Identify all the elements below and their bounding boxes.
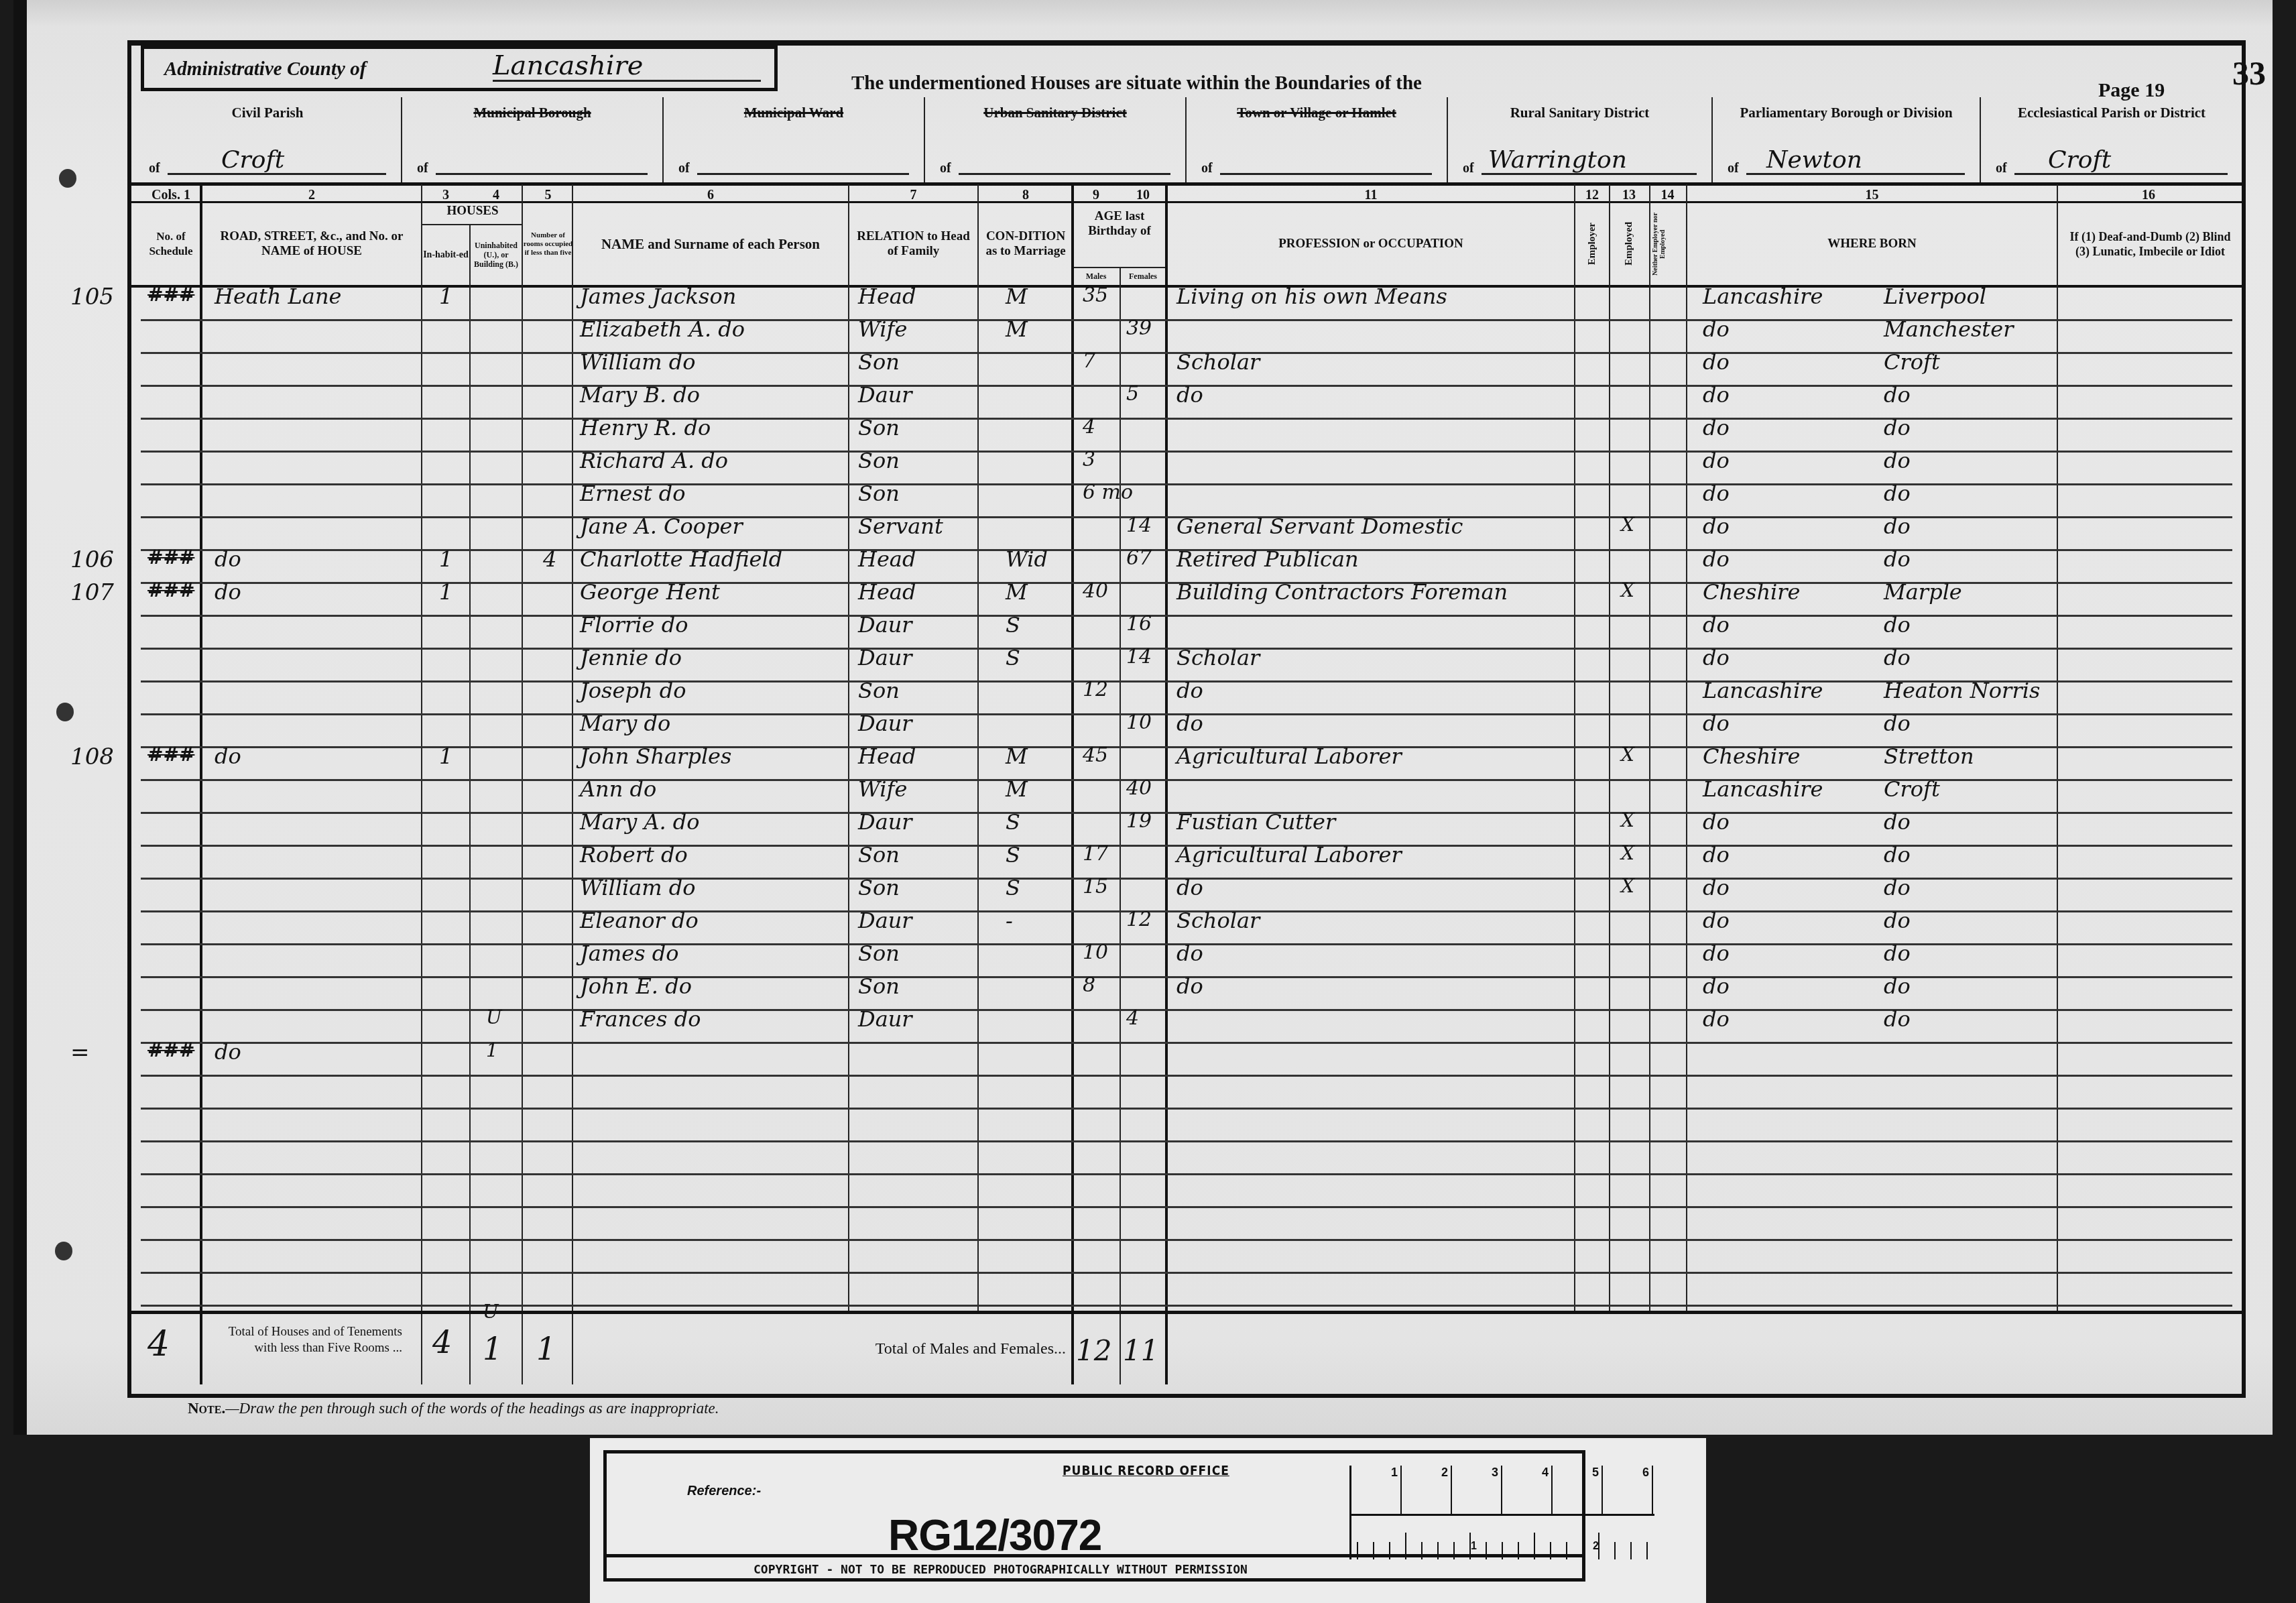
relation: Son bbox=[858, 349, 900, 381]
relation: Daur bbox=[858, 908, 912, 940]
totals-schedules: 4 bbox=[147, 1324, 170, 1356]
row-rule bbox=[141, 1108, 2232, 1110]
col-divider bbox=[522, 184, 523, 1384]
colnum-13: 13 bbox=[1609, 188, 1649, 202]
occupation: General Servant Domestic bbox=[1176, 514, 1463, 546]
birth-place: do bbox=[1884, 908, 1911, 940]
birth-county: do bbox=[1703, 382, 1730, 414]
header-rule bbox=[127, 182, 2246, 186]
birth-county: do bbox=[1703, 973, 1730, 1006]
colhead-houses: HOUSES bbox=[422, 204, 523, 224]
relation: Daur bbox=[858, 809, 912, 841]
schedule-mark: ### bbox=[147, 546, 194, 579]
person-name: Joseph do bbox=[580, 678, 686, 710]
occupation: do bbox=[1176, 875, 1203, 907]
birth-place: do bbox=[1884, 612, 1911, 644]
colhead-females: Females bbox=[1120, 268, 1166, 284]
measurement-scale: 1 2 3 4 5 6 1 2 bbox=[1349, 1466, 1654, 1559]
occupation: Scholar bbox=[1176, 645, 1260, 677]
row-rule bbox=[141, 1009, 2232, 1011]
person-name: William do bbox=[580, 875, 696, 907]
female-age: 67 bbox=[1126, 546, 1152, 579]
occupation: Scholar bbox=[1176, 349, 1260, 381]
reference-number: RG12/3072 bbox=[888, 1510, 1101, 1560]
birth-place: do bbox=[1884, 382, 1911, 414]
inhabited-count: 1 bbox=[439, 546, 452, 579]
female-age: 10 bbox=[1126, 711, 1152, 743]
colhead-relation: RELATION to Head of Family bbox=[851, 204, 975, 284]
birth-place: do bbox=[1884, 711, 1911, 743]
male-age: 4 bbox=[1083, 415, 1095, 447]
schedule-mark: ### bbox=[147, 744, 194, 776]
birth-county: do bbox=[1703, 711, 1730, 743]
colhead-neither: Neither Employer nor Employed bbox=[1649, 204, 1686, 284]
male-age: 7 bbox=[1083, 349, 1095, 381]
col-divider bbox=[469, 224, 471, 1384]
row-rule bbox=[141, 1305, 2232, 1307]
colhead-road: ROAD, STREET, &c., and No. or NAME of HO… bbox=[204, 204, 419, 284]
totals-uninhabited: 1 bbox=[483, 1331, 502, 1363]
colnum-10: 10 bbox=[1120, 188, 1166, 202]
birth-place: Liverpool bbox=[1884, 284, 1986, 316]
birth-county: do bbox=[1703, 645, 1730, 677]
row-rule bbox=[141, 1140, 2232, 1142]
birth-place: do bbox=[1884, 448, 1911, 480]
census-sheet: Administrative County of Lancashire The … bbox=[13, 0, 2273, 1435]
colnum-8: 8 bbox=[979, 188, 1073, 202]
colnum-6: 6 bbox=[573, 188, 848, 202]
relation: Head bbox=[858, 744, 916, 776]
colnum-9: 9 bbox=[1073, 188, 1120, 202]
relation: Son bbox=[858, 941, 900, 973]
totals-inhabited: 4 bbox=[432, 1324, 452, 1356]
female-age: 39 bbox=[1126, 316, 1152, 349]
colhead-infirmity: If (1) Deaf-and-Dumb (2) Blind (3) Lunat… bbox=[2061, 204, 2239, 284]
occupation: Agricultural Laborer bbox=[1176, 842, 1402, 874]
row-rule bbox=[141, 418, 2232, 420]
birth-place: do bbox=[1884, 645, 1911, 677]
reference-label: Reference:- bbox=[687, 1484, 761, 1499]
person-name: Ernest do bbox=[580, 481, 685, 513]
employed-mark: X bbox=[1621, 514, 1634, 546]
scan-edge bbox=[13, 0, 27, 1435]
colhead-males: Males bbox=[1073, 268, 1120, 284]
marital-condition: M bbox=[1006, 776, 1028, 809]
uninhabited-mark: 1 bbox=[486, 1039, 498, 1071]
female-age: 12 bbox=[1126, 908, 1152, 940]
inhabited-count: 1 bbox=[439, 579, 452, 611]
person-name: Richard A. do bbox=[580, 448, 728, 480]
colhead-employed: Employed bbox=[1609, 204, 1649, 284]
employed-mark: X bbox=[1621, 579, 1634, 611]
male-age: 17 bbox=[1083, 842, 1108, 874]
colhead-rooms: Number of rooms occupied if less than fi… bbox=[523, 204, 573, 284]
marital-condition: S bbox=[1006, 612, 1020, 644]
person-name: Mary B. do bbox=[580, 382, 700, 414]
row-rule bbox=[141, 1239, 2232, 1241]
birth-county: Lancashire bbox=[1703, 284, 1823, 316]
marital-condition: S bbox=[1006, 645, 1020, 677]
birth-county: do bbox=[1703, 908, 1730, 940]
birth-county: Lancashire bbox=[1703, 678, 1823, 710]
footnote: Note.—Draw the pen through such of the w… bbox=[188, 1400, 719, 1417]
birth-place: Marple bbox=[1884, 579, 1962, 611]
birth-place: do bbox=[1884, 546, 1911, 579]
colhead-name: NAME and Surname of each Person bbox=[590, 204, 831, 284]
boundaries-heading: The undermentioned Houses are situate wi… bbox=[851, 72, 1422, 95]
inhabited-count: 1 bbox=[439, 744, 452, 776]
district-rural-sanitary: Rural Sanitary District of Warrington bbox=[1448, 97, 1713, 184]
male-age: 45 bbox=[1083, 744, 1108, 776]
occupation: Living on his own Means bbox=[1176, 284, 1447, 316]
row-rule bbox=[141, 1272, 2232, 1274]
colhead-age: AGE last Birthday of bbox=[1073, 204, 1166, 257]
col-divider bbox=[1071, 184, 1074, 1384]
female-age: 4 bbox=[1126, 1006, 1139, 1038]
female-age: 40 bbox=[1126, 776, 1152, 809]
colnum-12: 12 bbox=[1575, 188, 1609, 202]
male-age: 15 bbox=[1083, 875, 1108, 907]
totals-rooms: 1 bbox=[536, 1331, 556, 1363]
road-name: do bbox=[215, 744, 241, 776]
totals-persons-label: Total of Males and Females... bbox=[751, 1341, 1066, 1357]
birth-county: Cheshire bbox=[1703, 744, 1801, 776]
col-divider bbox=[572, 184, 573, 1384]
person-name: Jane A. Cooper bbox=[580, 514, 743, 546]
relation: Son bbox=[858, 448, 900, 480]
road-name: do bbox=[215, 546, 241, 579]
birth-place: Stretton bbox=[1884, 744, 1974, 776]
birth-county: do bbox=[1703, 316, 1730, 349]
colnum-11: 11 bbox=[1166, 188, 1575, 202]
person-name: Florrie do bbox=[580, 612, 688, 644]
county-box: Administrative County of Lancashire bbox=[141, 46, 778, 91]
employed-mark: X bbox=[1621, 809, 1634, 841]
schedule-number-margin: = bbox=[70, 1039, 90, 1071]
person-name: Jennie do bbox=[580, 645, 682, 677]
relation: Daur bbox=[858, 382, 912, 414]
colhead-where-born: WHERE BORN bbox=[1686, 204, 2058, 284]
county-label: Administrative County of bbox=[164, 58, 366, 80]
person-name: George Hent bbox=[580, 579, 720, 611]
relation: Wife bbox=[858, 316, 907, 349]
row-rule bbox=[141, 1206, 2232, 1208]
colhead-schedule: No. of Schedule bbox=[141, 204, 201, 284]
copyright-notice: COPYRIGHT - NOT TO BE REPRODUCED PHOTOGR… bbox=[607, 1554, 1582, 1584]
folio-number: 33 bbox=[2232, 54, 2266, 93]
colnum-2: 2 bbox=[201, 188, 422, 202]
relation: Daur bbox=[858, 1006, 912, 1038]
birth-place: Manchester bbox=[1884, 316, 2013, 349]
relation: Son bbox=[858, 481, 900, 513]
reference-card: PUBLIC RECORD OFFICE Reference:- RG12/30… bbox=[590, 1438, 1706, 1603]
relation: Head bbox=[858, 579, 916, 611]
schedule-number-margin: 108 bbox=[70, 744, 114, 776]
public-record-office: PUBLIC RECORD OFFICE bbox=[1063, 1464, 1229, 1478]
relation: Son bbox=[858, 875, 900, 907]
col-divider bbox=[1120, 267, 1121, 1384]
female-age: 14 bbox=[1126, 514, 1152, 546]
colnum-3: 3 bbox=[422, 188, 469, 202]
birth-county: do bbox=[1703, 809, 1730, 841]
female-age: 5 bbox=[1126, 382, 1139, 414]
row-rule bbox=[141, 451, 2232, 453]
female-age: 16 bbox=[1126, 612, 1152, 644]
person-name: Frances do bbox=[580, 1006, 701, 1038]
occupation: do bbox=[1176, 382, 1203, 414]
relation: Son bbox=[858, 415, 900, 447]
birth-place: do bbox=[1884, 481, 1911, 513]
houses-rule bbox=[422, 224, 523, 225]
birth-place: Croft bbox=[1884, 776, 1940, 809]
row-rule bbox=[141, 1173, 2232, 1175]
birth-county: do bbox=[1703, 349, 1730, 381]
birth-county: do bbox=[1703, 842, 1730, 874]
road-name: Heath Lane bbox=[215, 284, 341, 316]
relation: Daur bbox=[858, 645, 912, 677]
birth-place: do bbox=[1884, 842, 1911, 874]
marital-condition: - bbox=[1006, 908, 1013, 940]
marital-condition: M bbox=[1006, 284, 1028, 316]
person-name: Henry R. do bbox=[580, 415, 711, 447]
birth-county: do bbox=[1703, 612, 1730, 644]
punch-hole bbox=[55, 1242, 72, 1260]
colnum-15: 15 bbox=[1686, 188, 2058, 202]
birth-place: do bbox=[1884, 514, 1911, 546]
relation: Son bbox=[858, 842, 900, 874]
relation: Daur bbox=[858, 612, 912, 644]
colhead-occupation: PROFESSION or OCCUPATION bbox=[1166, 204, 1575, 284]
inhabited-count: 1 bbox=[439, 284, 452, 316]
person-name: James Jackson bbox=[580, 284, 736, 316]
schedule-number-margin: 105 bbox=[70, 284, 114, 316]
rooms-count: 4 bbox=[543, 546, 556, 579]
occupation: do bbox=[1176, 941, 1203, 973]
person-name: Mary do bbox=[580, 711, 670, 743]
birth-county: do bbox=[1703, 481, 1730, 513]
col-divider bbox=[421, 184, 422, 1384]
district-town-village: Town or Village or Hamlet of bbox=[1187, 97, 1448, 184]
district-urban-sanitary: Urban Sanitary District of bbox=[925, 97, 1187, 184]
birth-place: do bbox=[1884, 1006, 1911, 1038]
person-name: Elizabeth A. do bbox=[580, 316, 745, 349]
marital-condition: S bbox=[1006, 809, 1020, 841]
marital-condition: M bbox=[1006, 316, 1028, 349]
birth-county: Cheshire bbox=[1703, 579, 1801, 611]
employed-mark: X bbox=[1621, 875, 1634, 907]
road-name: do bbox=[215, 1039, 241, 1071]
relation: Wife bbox=[858, 776, 907, 809]
marital-condition: S bbox=[1006, 875, 1020, 907]
person-name: Mary A. do bbox=[580, 809, 700, 841]
district-parliamentary: Parliamentary Borough or Division of New… bbox=[1713, 97, 1981, 184]
colnum-14: 14 bbox=[1649, 188, 1686, 202]
person-name: James do bbox=[580, 941, 679, 973]
totals-rule bbox=[127, 1311, 2246, 1314]
colhead-condition: CON-DITION as to Marriage bbox=[982, 204, 1069, 284]
schedule-mark: ### bbox=[147, 1039, 194, 1071]
employed-mark: X bbox=[1621, 842, 1634, 874]
row-rule bbox=[141, 1042, 2232, 1044]
birth-county: do bbox=[1703, 875, 1730, 907]
person-name: Eleanor do bbox=[580, 908, 699, 940]
relation: Daur bbox=[858, 711, 912, 743]
male-age: 35 bbox=[1083, 284, 1108, 316]
county-value: Lancashire bbox=[493, 50, 761, 82]
occupation: do bbox=[1176, 711, 1203, 743]
schedule-number-margin: 107 bbox=[70, 579, 114, 611]
occupation: Building Contractors Foreman bbox=[1176, 579, 1508, 611]
district-civil-parish: Civil Parish of Croft bbox=[134, 97, 402, 184]
colhead-employer: Employer bbox=[1575, 204, 1609, 284]
punch-hole bbox=[56, 703, 74, 721]
colnum-4: 4 bbox=[469, 188, 523, 202]
totals-males: 12 bbox=[1076, 1334, 1111, 1366]
totals-uninhabited-mark: U bbox=[483, 1301, 499, 1333]
marital-condition: M bbox=[1006, 744, 1028, 776]
occupation: Retired Publican bbox=[1176, 546, 1359, 579]
birth-place: do bbox=[1884, 809, 1911, 841]
district-ecclesiastical: Ecclesiastical Parish or District of Cro… bbox=[1981, 97, 2242, 184]
occupation: Scholar bbox=[1176, 908, 1260, 940]
male-age: 6 mo bbox=[1083, 481, 1133, 513]
road-name: do bbox=[215, 579, 241, 611]
birth-place: do bbox=[1884, 875, 1911, 907]
row-rule bbox=[141, 1075, 2232, 1077]
person-name: Robert do bbox=[580, 842, 688, 874]
reference-box: PUBLIC RECORD OFFICE Reference:- RG12/30… bbox=[603, 1450, 1585, 1582]
colhead-inhabited: In-habit-ed bbox=[422, 228, 469, 282]
punch-hole bbox=[59, 169, 76, 188]
birth-place: do bbox=[1884, 973, 1911, 1006]
birth-place: Heaton Norris bbox=[1884, 678, 2040, 710]
relation: Son bbox=[858, 678, 900, 710]
marital-condition: Wid bbox=[1006, 546, 1048, 579]
colnum-5: 5 bbox=[523, 188, 573, 202]
occupation: Agricultural Laborer bbox=[1176, 744, 1402, 776]
person-name: John Sharples bbox=[580, 744, 731, 776]
col-divider bbox=[1165, 184, 1168, 1384]
birth-place: do bbox=[1884, 415, 1911, 447]
male-age: 8 bbox=[1083, 973, 1095, 1006]
schedule-mark: ### bbox=[147, 579, 194, 611]
birth-place: do bbox=[1884, 941, 1911, 973]
occupation: Fustian Cutter bbox=[1176, 809, 1335, 841]
employed-mark: X bbox=[1621, 744, 1634, 776]
totals-females: 11 bbox=[1123, 1334, 1158, 1366]
row-rule bbox=[141, 483, 2232, 485]
birth-county: do bbox=[1703, 1006, 1730, 1038]
row-rule bbox=[141, 615, 2232, 617]
birth-county: do bbox=[1703, 514, 1730, 546]
birth-place: Croft bbox=[1884, 349, 1940, 381]
colhead-uninhabited: Uninhabited (U.), or Building (B.) bbox=[469, 228, 523, 282]
male-age: 10 bbox=[1083, 941, 1108, 973]
marital-condition: M bbox=[1006, 579, 1028, 611]
uninhabited-mark: U bbox=[486, 1006, 502, 1038]
schedule-mark: ### bbox=[147, 284, 194, 316]
male-age: 12 bbox=[1083, 678, 1108, 710]
birth-county: do bbox=[1703, 415, 1730, 447]
colnum-1: Cols. 1 bbox=[141, 188, 201, 202]
person-name: Charlotte Hadfield bbox=[580, 546, 782, 579]
birth-county: do bbox=[1703, 448, 1730, 480]
relation: Servant bbox=[858, 514, 943, 546]
male-age: 3 bbox=[1083, 448, 1095, 480]
occupation: do bbox=[1176, 678, 1203, 710]
colnum-7: 7 bbox=[848, 188, 979, 202]
district-municipal-ward: Municipal Ward of bbox=[664, 97, 925, 184]
occupation: do bbox=[1176, 973, 1203, 1006]
schedule-number-margin: 106 bbox=[70, 546, 114, 579]
birth-county: do bbox=[1703, 546, 1730, 579]
relation: Head bbox=[858, 284, 916, 316]
male-age: 40 bbox=[1083, 579, 1108, 611]
birth-county: Lancashire bbox=[1703, 776, 1823, 809]
relation: Head bbox=[858, 546, 916, 579]
birth-county: do bbox=[1703, 941, 1730, 973]
colnum-16: 16 bbox=[2058, 188, 2239, 202]
person-name: William do bbox=[580, 349, 696, 381]
female-age: 19 bbox=[1126, 809, 1152, 841]
person-name: John E. do bbox=[580, 973, 692, 1006]
col-divider bbox=[200, 184, 202, 1384]
district-municipal-borough: Municipal Borough of bbox=[402, 97, 664, 184]
relation: Son bbox=[858, 973, 900, 1006]
person-name: Ann do bbox=[580, 776, 656, 809]
female-age: 14 bbox=[1126, 645, 1152, 677]
totals-houses-label: Total of Houses and of Tenements with le… bbox=[208, 1324, 402, 1356]
marital-condition: S bbox=[1006, 842, 1020, 874]
